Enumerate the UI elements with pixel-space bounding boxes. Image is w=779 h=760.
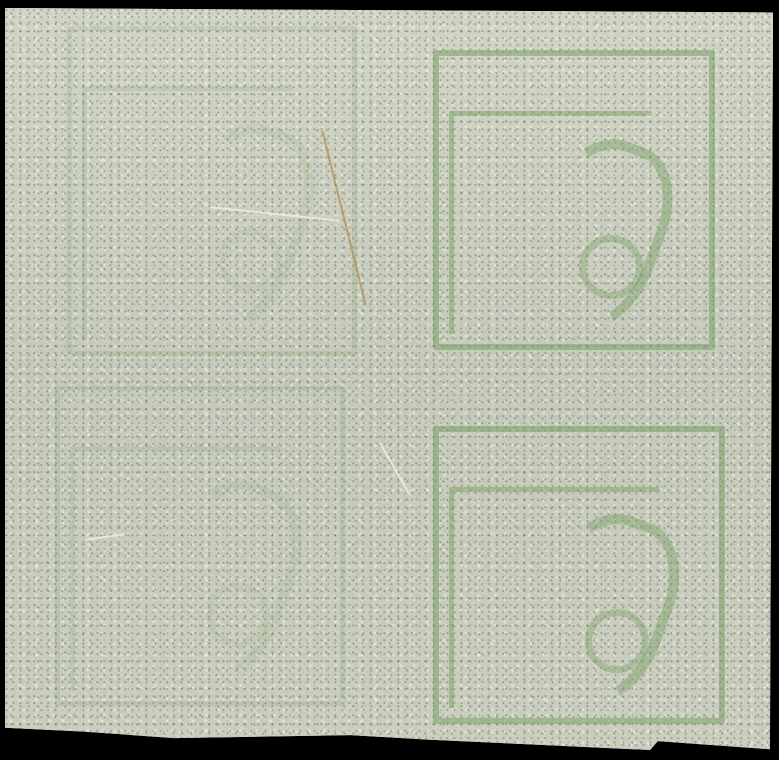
stamp-bottom-left <box>55 386 345 706</box>
stamp-top-left <box>67 26 357 356</box>
stamp-bottom-right <box>433 426 725 724</box>
stamp-rosette <box>585 609 649 673</box>
paper-fiber <box>379 443 411 496</box>
stamp-block-sheet <box>5 8 773 750</box>
stamp-rosette <box>218 229 282 293</box>
stamp-rosette <box>206 583 270 647</box>
stamp-top-right <box>433 50 715 350</box>
stamp-rosette <box>579 235 643 299</box>
